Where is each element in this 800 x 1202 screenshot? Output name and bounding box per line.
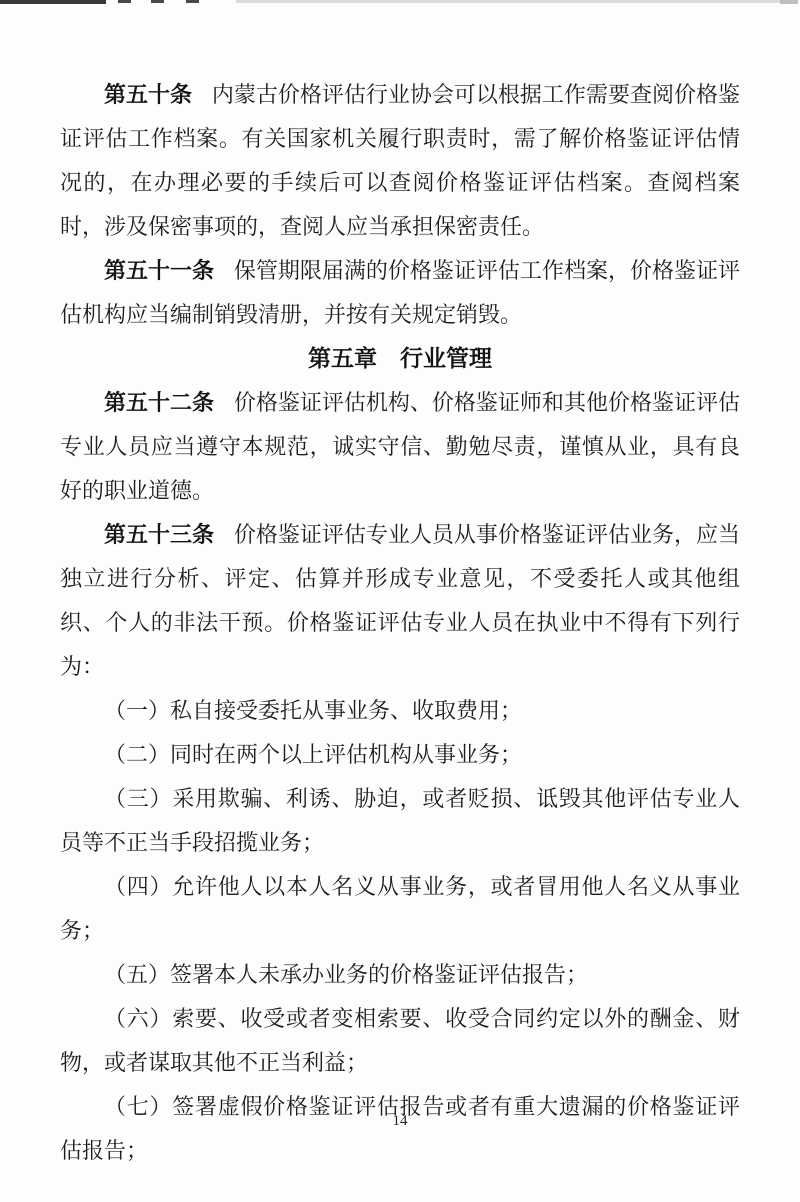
paragraph-article-50: 第五十条内蒙古价格评估行业协会可以根据工作需要查阅价格鉴证评估工作档案。有关国家… [60,73,740,249]
article-50-number: 第五十条 [104,82,192,107]
list-item-4: （四）允许他人以本人名义从事业务，或者冒用他人名义从事业务； [60,865,740,953]
paragraph-article-52: 第五十二条价格鉴证评估机构、价格鉴证师和其他价格鉴证评估专业人员应当遵守本规范，… [60,381,740,513]
paragraph-article-53: 第五十三条价格鉴证评估专业人员从事价格鉴证评估业务，应当独立进行分析、评定、估算… [60,513,740,689]
article-53-number: 第五十三条 [104,522,214,547]
paragraph-article-51: 第五十一条保管期限届满的价格鉴证评估工作档案，价格鉴证评估机构应当编制销毁清册，… [60,249,740,337]
list-item-2: （二）同时在两个以上评估机构从事业务； [60,733,740,777]
scanned-document-page: 第五十条内蒙古价格评估行业协会可以根据工作需要查阅价格鉴证评估工作档案。有关国家… [0,0,800,1202]
chapter-heading: 第五章 行业管理 [60,337,740,381]
list-item-3: （三）采用欺骗、利诱、胁迫，或者贬损、诋毁其他评估专业人员等不正当手段招揽业务； [60,777,740,865]
page-number: 14 [0,1110,800,1132]
list-item-5: （五）签署本人未承办业务的价格鉴证评估报告； [60,953,740,997]
list-item-1: （一）私自接受委托从事业务、收取费用； [60,689,740,733]
article-51-number: 第五十一条 [104,258,214,283]
document-content: 第五十条内蒙古价格评估行业协会可以根据工作需要查阅价格鉴证评估工作档案。有关国家… [0,0,800,1173]
article-52-number: 第五十二条 [104,390,214,415]
list-item-6: （六）索要、收受或者变相索要、收受合同约定以外的酬金、财物，或者谋取其他不正当利… [60,997,740,1085]
